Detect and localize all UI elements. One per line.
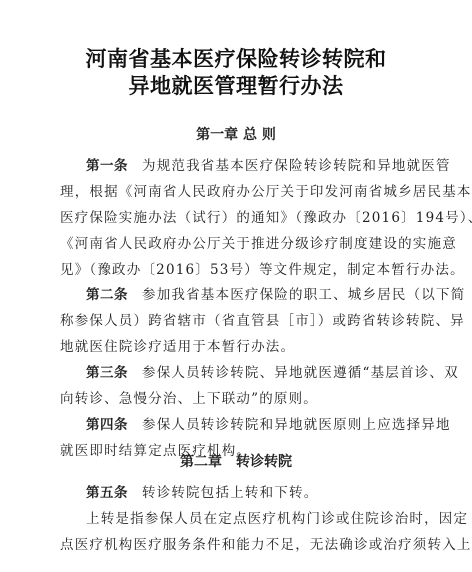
article-5-line-1: 第五条转诊转院包括上转和下转。: [86, 481, 413, 501]
chapter-2-heading: 第二章 转诊转院: [0, 451, 472, 471]
article-4-label: 第四条: [86, 417, 128, 433]
article-1-line-1: 第一条为规范我省基本医疗保险转诊转院和异地就医管: [86, 154, 413, 174]
article-3-line-1: 第三条参保人员转诊转院、异地就医遵循“基层首诊、双: [86, 361, 413, 381]
article-1-label: 第一条: [86, 158, 128, 174]
article-5-paragraph-line-1: 上转是指参保人员在定点医疗机构门诊或住院诊治时，因定: [86, 507, 413, 527]
article-3-text: 参保人员转诊转院、异地就医遵循“基层首诊、双: [142, 365, 459, 381]
article-4-line-1: 第四条参保人员转诊转院和异地就医原则上应选择异地: [86, 413, 413, 433]
article-5-label: 第五条: [86, 485, 128, 501]
document-title-line-2: 异地就医管理暂行办法: [0, 70, 472, 100]
document-title-line-1: 河南省基本医疗保险转诊转院和: [0, 43, 472, 73]
article-2-label: 第二条: [86, 287, 128, 303]
article-1-text: 为规范我省基本医疗保险转诊转院和异地就医管: [142, 158, 451, 174]
article-3-line-2: 向转诊、急慢分治、上下联动”的原则。: [60, 387, 413, 407]
article-1-line-2: 理，根据《河南省人民政府办公厅关于印发河南省城乡居民基本: [60, 180, 413, 200]
article-1-line-3: 医疗保险实施办法（试行）的通知》（豫政办〔2016〕194号）、: [60, 206, 413, 226]
article-3-label: 第三条: [86, 365, 128, 381]
article-2-line-1: 第二条参加我省基本医疗保险的职工、城乡居民（以下简: [86, 283, 413, 303]
article-2-line-3: 地就医住院诊疗适用于本暂行办法。: [60, 335, 413, 355]
article-2-text: 参加我省基本医疗保险的职工、城乡居民（以下简: [142, 287, 465, 303]
article-5-text: 转诊转院包括上转和下转。: [142, 485, 318, 501]
article-5-paragraph-line-2: 点医疗机构医疗服务条件和能力不足，无法确诊或治疗须转入上: [60, 533, 413, 553]
article-4-text: 参保人员转诊转院和异地就医原则上应选择异地: [142, 417, 451, 433]
article-2-line-2: 称参保人员）跨省辖市（省直管县［市］）或跨省转诊转院、异: [60, 309, 413, 329]
article-1-line-5: 见》（豫政办〔2016〕53号）等文件规定，制定本暂行办法。: [60, 258, 413, 278]
chapter-1-heading: 第一章 总 则: [0, 124, 472, 144]
article-1-line-4: 《河南省人民政府办公厅关于推进分级诊疗制度建设的实施意: [60, 232, 413, 252]
document-page: 河南省基本医疗保险转诊转院和 异地就医管理暂行办法 第一章 总 则 第一条为规范…: [0, 0, 472, 572]
